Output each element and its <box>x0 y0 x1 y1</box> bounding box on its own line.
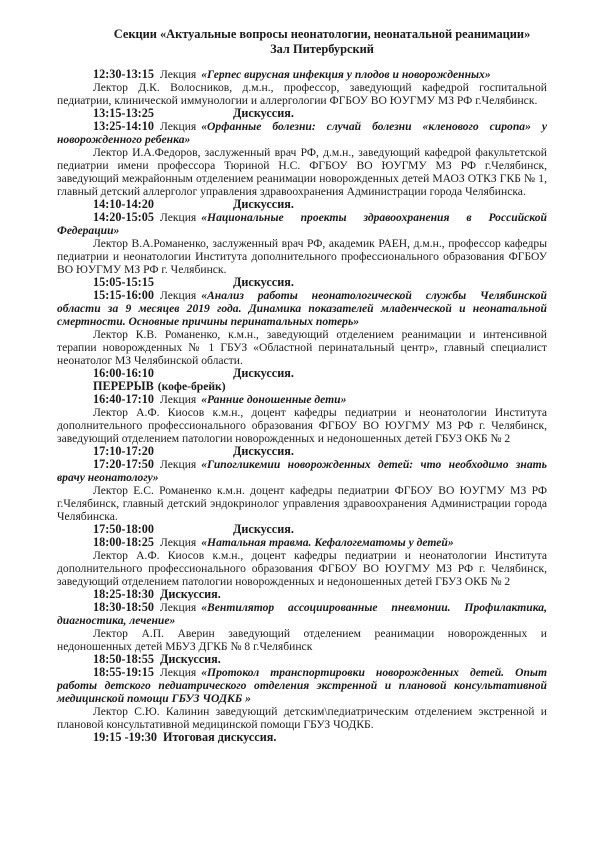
lecturer-info: Лектор И.А.Федоров, заслуженный врач РФ,… <box>57 146 547 198</box>
lecture-heading: 16:40-17:10Лекция«Ранние доношенные дети… <box>57 393 547 406</box>
lecture-entry: 18:30-18:50Лекция«Вентилятор ассоциирова… <box>57 601 547 653</box>
lecture-heading: 17:20-17:50Лекция«Гипогликемии новорожде… <box>57 458 547 484</box>
lecture-heading: 13:25-14:10Лекция«Орфанные болезни: случ… <box>57 120 547 146</box>
lecturer-info: Лектор К.В. Романенко, к.м.н., заведующи… <box>57 328 547 367</box>
time-slot: 17:20-17:50 <box>93 457 154 471</box>
lecture-topic: «Герпес вирусная инфекция у плодов и нов… <box>201 68 490 81</box>
lecturer-info: Лектор В.А.Романенко, заслуженный врач Р… <box>57 237 547 276</box>
break-label: ПЕРЕРЫВ <box>93 379 154 393</box>
lecture-heading: 18:30-18:50Лекция«Вентилятор ассоциирова… <box>57 601 547 627</box>
lecturer-info: Лектор А.П. Аверин заведующий отделением… <box>57 627 547 653</box>
session-type: Лекция <box>160 458 196 471</box>
break-sublabel: (кофе-брейк) <box>158 380 226 393</box>
discussion-label: Дискуссия. <box>233 366 294 380</box>
discussion-label: Дискуссия. <box>160 652 221 666</box>
discussion-label: Итоговая дискуссия. <box>163 730 276 744</box>
session-type: Лекция <box>160 289 196 302</box>
lecture-heading: 14:20-15:05Лекция«Национальные проекты з… <box>57 211 547 237</box>
lecture-entry: 13:25-14:10Лекция«Орфанные болезни: случ… <box>57 120 547 198</box>
lecture-heading: 18:55-19:15Лекция«Протокол транспортиров… <box>57 666 547 705</box>
lecture-entry: 18:55-19:15Лекция«Протокол транспортиров… <box>57 666 547 731</box>
discussion-label: Дискуссия. <box>233 106 294 120</box>
time-slot: 18:55-19:15 <box>93 665 154 679</box>
program-list: 12:30-13:15Лекция«Герпес вирусная инфекц… <box>57 68 547 744</box>
discussion-label: Дискуссия. <box>160 587 221 601</box>
time-slot: 13:25-14:10 <box>93 119 154 133</box>
lecture-heading: 18:00-18:25Лекция«Натальная травма. Кефа… <box>57 536 547 549</box>
time-slot: 18:00-18:25 <box>93 535 154 549</box>
session-type: Лекция <box>160 120 196 133</box>
session-type: Лекция <box>160 536 196 549</box>
session-type: Лекция <box>160 211 196 224</box>
time-slot: 15:15-16:00 <box>93 288 154 302</box>
session-type: Лекция <box>160 666 196 679</box>
time-slot: 18:30-18:50 <box>93 600 154 614</box>
lecture-topic: «Натальная травма. Кефалогематомы у дете… <box>201 536 453 549</box>
discussion-entry: 19:15 -19:30Итоговая дискуссия. <box>57 731 547 744</box>
lecturer-info: Лектор А.Ф. Киосов к.м.н., доцент кафедр… <box>57 406 547 445</box>
discussion-label: Дискуссия. <box>233 197 294 211</box>
hall-title: Зал Питербурский <box>57 42 547 57</box>
lecture-heading: 15:15-16:00Лекция«Анализ работы неонатол… <box>57 289 547 328</box>
lecture-entry: 18:00-18:25Лекция«Натальная травма. Кефа… <box>57 536 547 588</box>
lecture-heading: 12:30-13:15Лекция«Герпес вирусная инфекц… <box>57 68 547 81</box>
lecturer-info: Лектор А.Ф. Киосов к.м.н., доцент кафедр… <box>57 549 547 588</box>
lecture-topic: «Ранние доношенные дети» <box>201 393 346 406</box>
lecture-entry: 16:40-17:10Лекция«Ранние доношенные дети… <box>57 393 547 445</box>
time-slot: 19:15 -19:30 <box>93 731 157 744</box>
discussion-label: Дискуссия. <box>233 275 294 289</box>
lecture-entry: 12:30-13:15Лекция«Герпес вирусная инфекц… <box>57 68 547 107</box>
session-type: Лекция <box>160 393 196 406</box>
section-title: Секции «Актуальные вопросы неонатологии,… <box>57 27 547 42</box>
program-document: Секции «Актуальные вопросы неонатологии,… <box>57 27 547 744</box>
session-type: Лекция <box>160 68 196 81</box>
lecture-entry: 17:20-17:50Лекция«Гипогликемии новорожде… <box>57 458 547 523</box>
lecture-entry: 15:15-16:00Лекция«Анализ работы неонатол… <box>57 289 547 367</box>
time-slot: 16:40-17:10 <box>93 392 154 406</box>
time-slot: 12:30-13:15 <box>93 67 154 81</box>
session-type: Лекция <box>160 601 196 614</box>
lecturer-info: Лектор Д.К. Волосников, д.м.н., профессо… <box>57 81 547 107</box>
discussion-label: Дискуссия. <box>233 444 294 458</box>
discussion-label: Дискуссия. <box>233 522 294 536</box>
lecturer-info: Лектор Е.С. Романенко к.м.н. доцент кафе… <box>57 484 547 523</box>
lecturer-info: Лектор С.Ю. Калинин заведующий детским\п… <box>57 705 547 731</box>
lecture-entry: 14:20-15:05Лекция«Национальные проекты з… <box>57 211 547 276</box>
time-slot: 14:20-15:05 <box>93 210 154 224</box>
